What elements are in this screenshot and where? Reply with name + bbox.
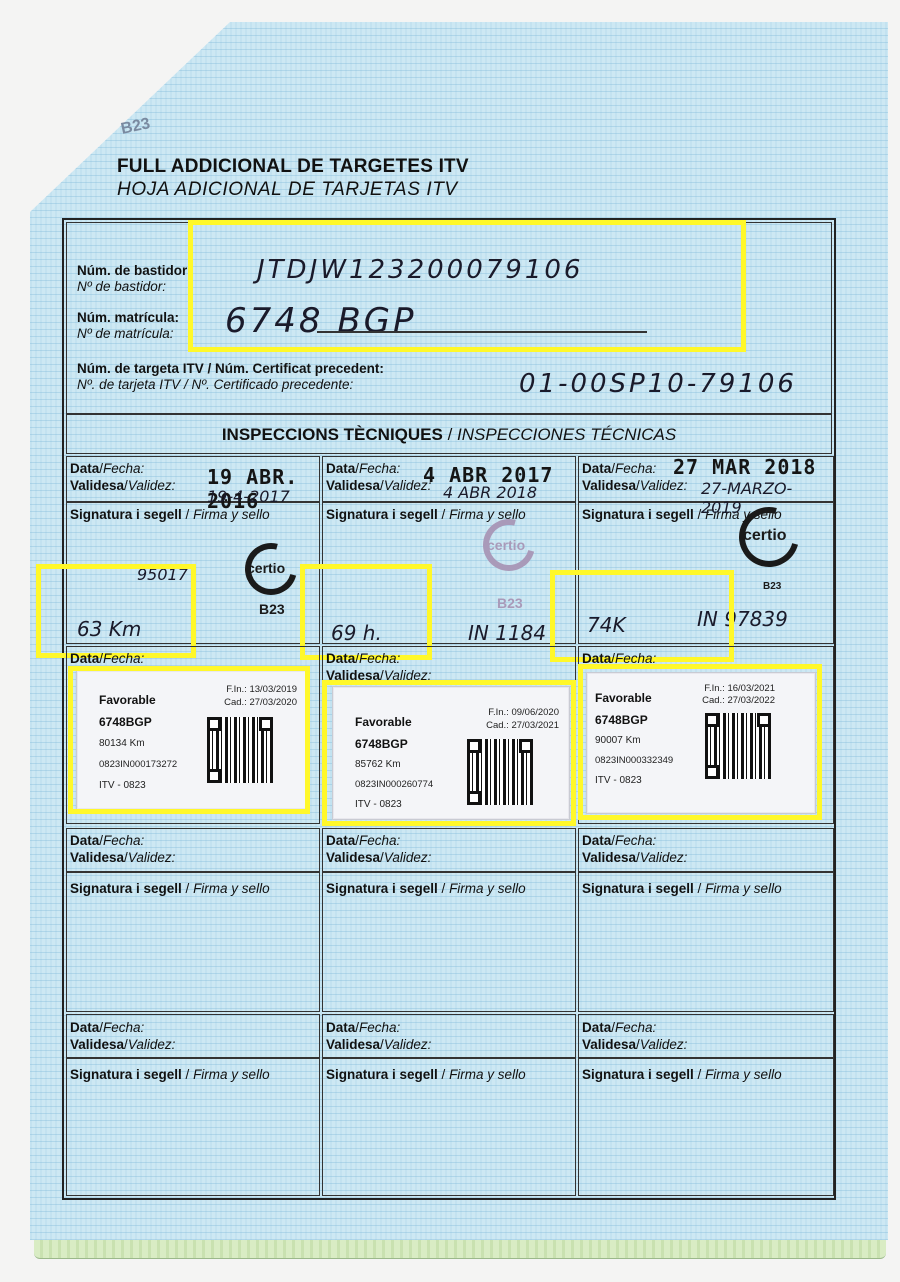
highlight-box-identity xyxy=(188,220,746,352)
plate-label: Núm. matrícula:Nº de matrícula: xyxy=(77,310,179,342)
seal-text: certio xyxy=(487,537,525,553)
date-validity-labels: Data/Fecha:Validesa/Validez: xyxy=(326,1019,431,1053)
date-validity-labels: Data/Fecha:Validesa/Validez: xyxy=(70,832,175,866)
date-validity-labels: Data/Fecha:Validesa/Validez: xyxy=(326,650,431,684)
date-stamp: 27 MAR 2018 xyxy=(673,455,816,479)
date-validity-labels: Data/Fecha:Validesa/Validez: xyxy=(582,460,687,494)
highlight-box-sticker-2 xyxy=(322,680,576,826)
signature-label: Signatura i segell / Firma y sello xyxy=(582,881,782,896)
inspection-cell-4-3: Data/Fecha:Validesa/Validez: Signatura i… xyxy=(578,1014,834,1196)
date-validity-labels: Data/Fecha:Validesa/Validez: xyxy=(582,1019,687,1053)
highlight-box-sticker-3 xyxy=(578,664,822,820)
signature-label: Signatura i segell / Firma y sello xyxy=(70,881,270,896)
seal-text: certio xyxy=(743,527,787,545)
inspection-cell-4-2: Data/Fecha:Validesa/Validez: Signatura i… xyxy=(322,1014,576,1196)
title-spanish: HOJA ADICIONAL DE TARJETAS ITV xyxy=(117,179,469,201)
signature-label: Signatura i segell / Firma y sello xyxy=(326,881,526,896)
title-catalan: FULL ADDICIONAL DE TARGETES ITV xyxy=(117,156,469,178)
date-validity-labels: Data/Fecha:Validesa/Validez: xyxy=(582,832,687,866)
handwritten-note: IN 1184 xyxy=(468,621,546,645)
seal-code: B23 xyxy=(497,595,523,611)
vin-label: Núm. de bastidor:Nº de bastidor: xyxy=(77,263,192,295)
card-label: Núm. de targeta ITV / Núm. Certificat pr… xyxy=(77,361,384,393)
seal-code: B23 xyxy=(763,581,781,592)
date-validity-labels: Data/Fecha:Validesa/Validez: xyxy=(326,460,431,494)
seal-text: certio xyxy=(247,560,285,576)
signature-label: Signatura i segell / Firma y sello xyxy=(326,1067,526,1082)
signature-label: Signatura i segell / Firma y sello xyxy=(326,507,526,522)
card-value: 01-00SP10-79106 xyxy=(519,369,797,399)
highlight-box-sticker-1 xyxy=(68,666,310,814)
date-validity-labels: Data/Fecha:Validesa/Validez: xyxy=(326,832,431,866)
date-validity-labels: Data/Fecha:Validesa/Validez: xyxy=(70,460,175,494)
validity-handwritten: 19-4-2017 xyxy=(207,487,290,506)
date-validity-labels: Data/Fecha: xyxy=(70,650,144,667)
inspection-cell-3-3: Data/Fecha:Validesa/Validez: Signatura i… xyxy=(578,828,834,1012)
signature-label: Signatura i segell / Firma y sello xyxy=(582,1067,782,1082)
inspection-cell-3-1: Data/Fecha:Validesa/Validez: Signatura i… xyxy=(66,828,320,1012)
inspections-header: INSPECCIONS TÈCNIQUES / INSPECCIONES TÉC… xyxy=(66,414,832,454)
date-validity-labels: Data/Fecha:Validesa/Validez: xyxy=(70,1019,175,1053)
inspection-cell-4-1: Data/Fecha:Validesa/Validez: Signatura i… xyxy=(66,1014,320,1196)
highlight-box-km-1 xyxy=(36,564,196,658)
document-title: FULL ADDICIONAL DE TARGETES ITV HOJA ADI… xyxy=(117,156,469,201)
validity-handwritten: 4 ABR 2018 xyxy=(443,483,537,502)
signature-label: Signatura i segell / Firma y sello xyxy=(70,1067,270,1082)
inspections-title: INSPECCIONS TÈCNIQUES / INSPECCIONES TÉC… xyxy=(67,425,831,445)
seal-code: B23 xyxy=(259,601,285,617)
inspection-cell-3-2: Data/Fecha:Validesa/Validez: Signatura i… xyxy=(322,828,576,1012)
